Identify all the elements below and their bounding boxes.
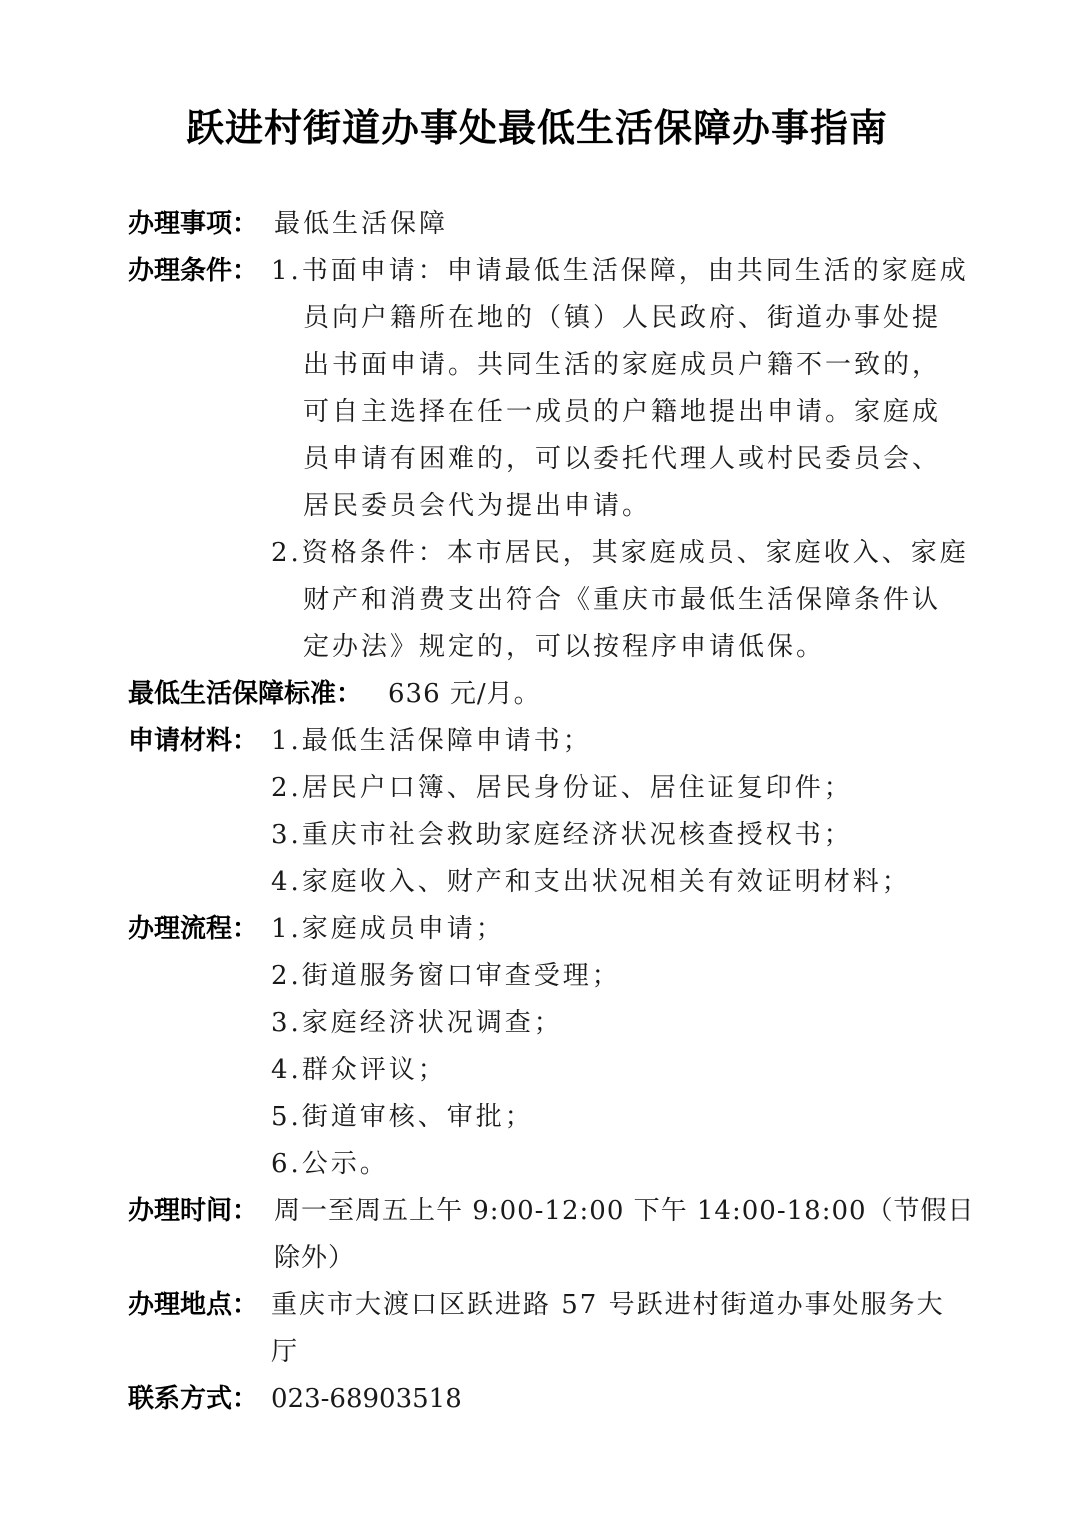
materials-list: 1.最低生活保障申请书； 2.居民户口簿、居民身份证、居住证复印件； 3.重庆市…: [271, 718, 911, 906]
contact-phone: 023-68903518: [271, 1376, 462, 1423]
condition-2-line: 2.资格条件：本市居民，其家庭成员、家庭收入、家庭: [271, 530, 969, 577]
process-step: 2.街道服务窗口审查受理；: [271, 953, 621, 1000]
conditions-label: 办理条件：: [128, 248, 258, 295]
hours-value: 周一至周五上午 9:00-12:00 下午 14:00-18:00（节假日 除外…: [274, 1188, 975, 1282]
materials-label: 申请材料：: [128, 718, 258, 765]
condition-1-line: 1.书面申请：申请最低生活保障，由共同生活的家庭成: [271, 248, 969, 295]
location-value: 重庆市大渡口区跃进路 57 号跃进村街道办事处服务大 厅: [271, 1282, 945, 1376]
material-item: 4.家庭收入、财产和支出状况相关有效证明材料；: [271, 859, 911, 906]
condition-1-line: 居民委员会代为提出申请。: [303, 483, 969, 530]
item-value: 最低生活保障: [274, 201, 448, 248]
condition-2-line: 财产和消费支出符合《重庆市最低生活保障条件认: [303, 577, 969, 624]
process-step: 1.家庭成员申请；: [271, 906, 621, 953]
location-label: 办理地点：: [128, 1282, 258, 1329]
contact-label: 联系方式：: [128, 1376, 258, 1423]
material-item: 1.最低生活保障申请书；: [271, 718, 911, 765]
material-item: 3.重庆市社会救助家庭经济状况核查授权书；: [271, 812, 911, 859]
condition-1-line: 员申请有困难的，可以委托代理人或村民委员会、: [303, 436, 969, 483]
hours-label: 办理时间：: [128, 1188, 258, 1235]
standard-label: 最低生活保障标准：: [128, 671, 362, 718]
condition-1: 1.书面申请：申请最低生活保障，由共同生活的家庭成 员向户籍所在地的（镇）人民政…: [271, 248, 969, 671]
condition-1-line: 出书面申请。共同生活的家庭成员户籍不一致的，: [303, 342, 969, 389]
page-title: 跃进村街道办事处最低生活保障办事指南: [0, 100, 1074, 156]
process-step: 3.家庭经济状况调查；: [271, 1000, 621, 1047]
process-steps: 1.家庭成员申请； 2.街道服务窗口审查受理； 3.家庭经济状况调查； 4.群众…: [271, 906, 621, 1188]
document-page: 跃进村街道办事处最低生活保障办事指南 办理事项： 最低生活保障 办理条件： 1.…: [0, 0, 1074, 1520]
standard-value: 636 元/月。: [388, 671, 541, 718]
location-line: 厅: [271, 1329, 945, 1376]
hours-line: 除外）: [274, 1235, 975, 1282]
hours-line: 周一至周五上午 9:00-12:00 下午 14:00-18:00（节假日: [274, 1188, 975, 1235]
condition-1-line: 可自主选择在任一成员的户籍地提出申请。家庭成: [303, 389, 969, 436]
process-step: 6.公示。: [271, 1141, 621, 1188]
process-step: 4.群众评议；: [271, 1047, 621, 1094]
process-step: 5.街道审核、审批；: [271, 1094, 621, 1141]
condition-1-line: 员向户籍所在地的（镇）人民政府、街道办事处提: [303, 295, 969, 342]
item-label: 办理事项：: [128, 201, 258, 248]
location-line: 重庆市大渡口区跃进路 57 号跃进村街道办事处服务大: [271, 1282, 945, 1329]
material-item: 2.居民户口簿、居民身份证、居住证复印件；: [271, 765, 911, 812]
process-label: 办理流程：: [128, 906, 258, 953]
condition-2-line: 定办法》规定的，可以按程序申请低保。: [303, 624, 969, 671]
